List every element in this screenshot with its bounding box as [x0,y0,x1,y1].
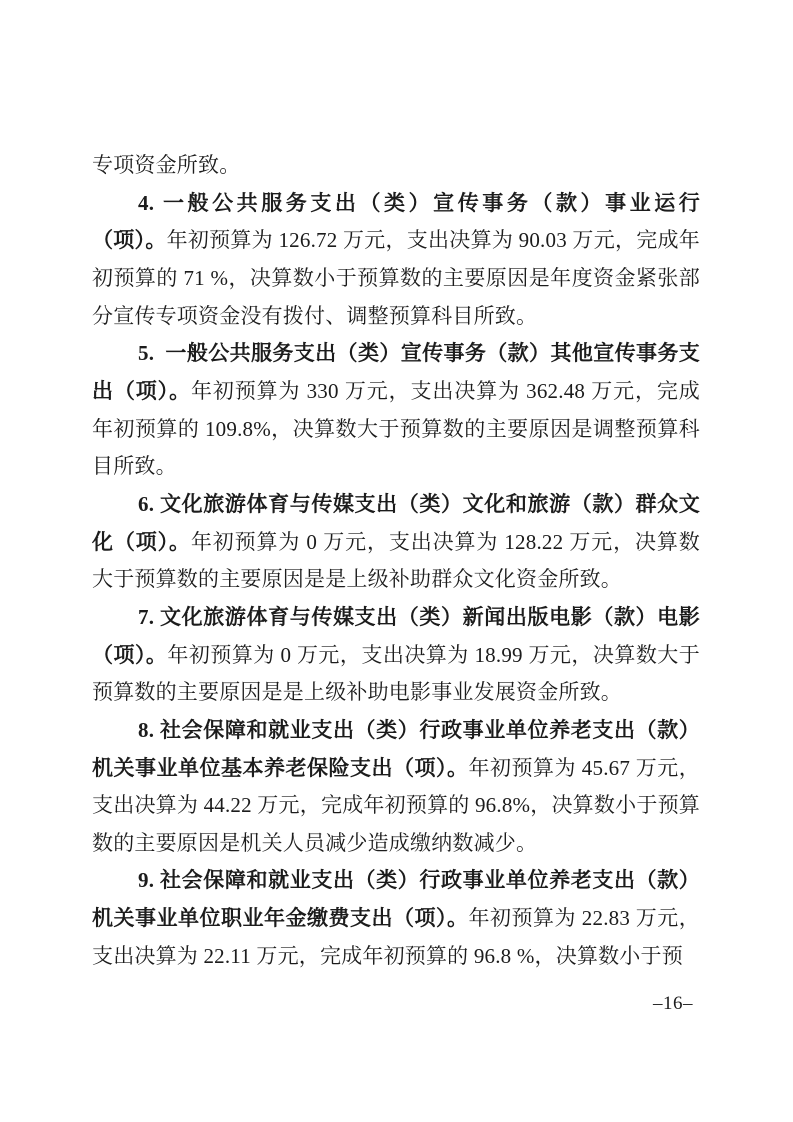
paragraph: 专项资金所致。 [92,147,700,185]
paragraph: 4. 一般公共服务支出（类）宣传事务（款）事业运行（项）。年初预算为 126.7… [92,185,700,336]
page-number: –16– [653,993,693,1015]
paragraph: 9. 社会保障和就业支出（类）行政事业单位养老支出（款）机关事业单位职业年金缴费… [92,862,700,975]
paragraph: 8. 社会保障和就业支出（类）行政事业单位养老支出（款）机关事业单位基本养老保险… [92,712,700,863]
paragraph-text: 年初预算为 126.72 万元，支出决算为 90.03 万元，完成年初预算的 7… [92,228,700,327]
paragraph-text: 专项资金所致。 [92,153,240,177]
paragraph: 7. 文化旅游体育与传媒支出（类）新闻出版电影（款）电影（项）。年初预算为 0 … [92,599,700,712]
document-body: 专项资金所致。4. 一般公共服务支出（类）宣传事务（款）事业运行（项）。年初预算… [92,147,700,975]
document-page: 专项资金所致。4. 一般公共服务支出（类）宣传事务（款）事业运行（项）。年初预算… [0,0,793,1122]
paragraph: 5. 一般公共服务支出（类）宣传事务（款）其他宣传事务支出（项）。年初预算为 3… [92,335,700,486]
paragraph: 6. 文化旅游体育与传媒支出（类）文化和旅游（款）群众文化（项）。年初预算为 0… [92,486,700,599]
paragraph-text: 年初预算为 0 万元，支出决算为 18.99 万元，决算数大于预算数的主要原因是… [92,643,700,705]
